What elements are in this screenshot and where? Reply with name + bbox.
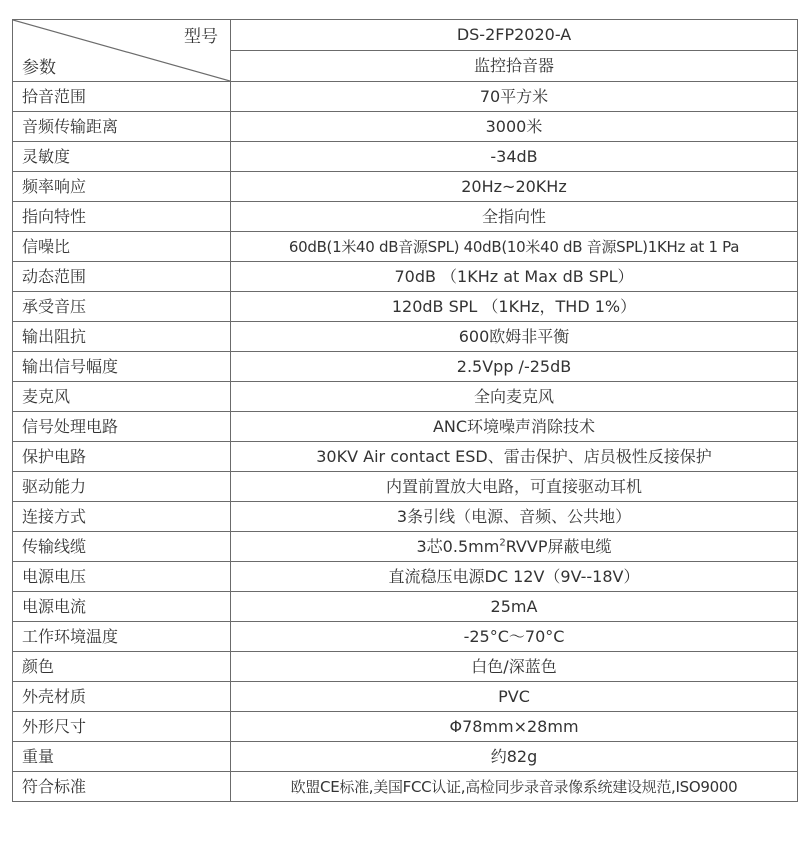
param-value: Φ78mm×28mm: [231, 712, 798, 742]
param-value: 60dB(1米40 dB音源SPL) 40dB(10米40 dB 音源SPL)1…: [231, 232, 798, 262]
table-row: 动态范围70dB （1KHz at Max dB SPL）: [13, 262, 798, 292]
param-header-label: 参数: [22, 59, 56, 77]
param-value: 内置前置放大电路，可直接驱动耳机: [231, 472, 798, 502]
param-label: 频率响应: [13, 172, 231, 202]
product-type: 监控拾音器: [231, 51, 798, 82]
param-value: 约82g: [231, 742, 798, 772]
param-value: 3000米: [231, 112, 798, 142]
param-value: 600欧姆非平衡: [231, 322, 798, 352]
table-row: 电源电压直流稳压电源DC 12V（9V--18V）: [13, 562, 798, 592]
param-value: 120dB SPL （1KHz，THD 1%）: [231, 292, 798, 322]
param-label: 灵敏度: [13, 142, 231, 172]
value-suffix: RVVP屏蔽电缆: [506, 537, 612, 556]
table-row: 外形尺寸Φ78mm×28mm: [13, 712, 798, 742]
model-number: DS-2FP2020-A: [231, 20, 798, 51]
param-value: 3芯0.5mm2RVVP屏蔽电缆: [231, 532, 798, 562]
param-value: PVC: [231, 682, 798, 712]
table-row: 音频传输距离3000米: [13, 112, 798, 142]
table-row: 拾音范围70平方米: [13, 82, 798, 112]
param-label: 音频传输距离: [13, 112, 231, 142]
param-label: 重量: [13, 742, 231, 772]
table-row: 指向特性全指向性: [13, 202, 798, 232]
param-value: ANC环境噪声消除技术: [231, 412, 798, 442]
table-row: 频率响应20Hz~20KHz: [13, 172, 798, 202]
param-label: 输出信号幅度: [13, 352, 231, 382]
table-row: 信噪比60dB(1米40 dB音源SPL) 40dB(10米40 dB 音源SP…: [13, 232, 798, 262]
param-label: 连接方式: [13, 502, 231, 532]
param-value: -25°C～70°C: [231, 622, 798, 652]
table-row: 外壳材质PVC: [13, 682, 798, 712]
param-label: 信号处理电路: [13, 412, 231, 442]
param-label: 外壳材质: [13, 682, 231, 712]
table-row: 重量约82g: [13, 742, 798, 772]
param-value: 30KV Air contact ESD、雷击保护、店员极性反接保护: [231, 442, 798, 472]
param-value: 直流稳压电源DC 12V（9V--18V）: [231, 562, 798, 592]
param-label: 动态范围: [13, 262, 231, 292]
table-row: 连接方式3条引线（电源、音频、公共地）: [13, 502, 798, 532]
model-header-label: 型号: [184, 28, 218, 46]
param-value: -34dB: [231, 142, 798, 172]
param-label: 输出阻抗: [13, 322, 231, 352]
param-label: 电源电压: [13, 562, 231, 592]
param-label: 拾音范围: [13, 82, 231, 112]
table-row: 符合标准欧盟CE标准,美国FCC认证,高检同步录音录像系统建设规范,ISO900…: [13, 772, 798, 802]
table-row: 工作环境温度-25°C～70°C: [13, 622, 798, 652]
value-prefix: 3芯0.5mm: [417, 537, 500, 556]
param-value: 白色/深蓝色: [231, 652, 798, 682]
diagonal-header-cell: 型号 参数: [13, 20, 231, 82]
table-row: 颜色白色/深蓝色: [13, 652, 798, 682]
table-row: 麦克风全向麦克风: [13, 382, 798, 412]
param-label: 指向特性: [13, 202, 231, 232]
param-value: 3条引线（电源、音频、公共地）: [231, 502, 798, 532]
table-row: 输出信号幅度2.5Vpp /-25dB: [13, 352, 798, 382]
param-value: 70dB （1KHz at Max dB SPL）: [231, 262, 798, 292]
table-row: 电源电流25mA: [13, 592, 798, 622]
param-label: 电源电流: [13, 592, 231, 622]
table-row: 输出阻抗600欧姆非平衡: [13, 322, 798, 352]
param-label: 麦克风: [13, 382, 231, 412]
param-label: 符合标准: [13, 772, 231, 802]
spec-table: 型号 参数 DS-2FP2020-A 监控拾音器 拾音范围70平方米 音频传输距…: [12, 19, 798, 802]
header-row-model: 型号 参数 DS-2FP2020-A: [13, 20, 798, 51]
param-value: 20Hz~20KHz: [231, 172, 798, 202]
param-label: 保护电路: [13, 442, 231, 472]
table-row: 灵敏度-34dB: [13, 142, 798, 172]
table-row: 保护电路30KV Air contact ESD、雷击保护、店员极性反接保护: [13, 442, 798, 472]
param-label: 传输线缆: [13, 532, 231, 562]
param-value: 欧盟CE标准,美国FCC认证,高检同步录音录像系统建设规范,ISO9000: [231, 772, 798, 802]
param-label: 工作环境温度: [13, 622, 231, 652]
param-label: 驱动能力: [13, 472, 231, 502]
param-label: 信噪比: [13, 232, 231, 262]
param-label: 颜色: [13, 652, 231, 682]
table-row: 传输线缆3芯0.5mm2RVVP屏蔽电缆: [13, 532, 798, 562]
param-value: 全指向性: [231, 202, 798, 232]
table-row: 信号处理电路ANC环境噪声消除技术: [13, 412, 798, 442]
param-value: 70平方米: [231, 82, 798, 112]
param-value: 25mA: [231, 592, 798, 622]
param-value: 全向麦克风: [231, 382, 798, 412]
param-value: 2.5Vpp /-25dB: [231, 352, 798, 382]
table-row: 驱动能力内置前置放大电路，可直接驱动耳机: [13, 472, 798, 502]
table-row: 承受音压120dB SPL （1KHz，THD 1%）: [13, 292, 798, 322]
param-label: 外形尺寸: [13, 712, 231, 742]
param-label: 承受音压: [13, 292, 231, 322]
